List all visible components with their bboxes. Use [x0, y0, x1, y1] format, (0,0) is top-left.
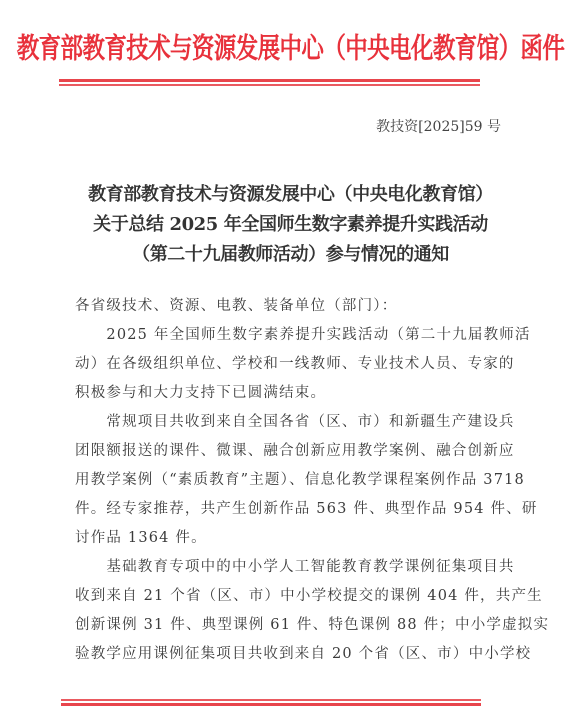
- letterhead: 教育部教育技术与资源发展中心（中央电化教育馆）函件: [0, 26, 581, 58]
- title-line-3: （第二十九届教师活动）参与情况的通知: [0, 240, 581, 270]
- body-line: 用教学案例（“素质教育”主题）、信息化教学课程案例作品 3718: [75, 466, 535, 495]
- divider-thick-line: [61, 703, 481, 706]
- body-line: 创新课例 31 件、典型课例 61 件、特色课例 88 件；中小学虚拟实: [75, 611, 535, 640]
- body-line: 常规项目共收到来自全国各省（区、市）和新疆生产建设兵: [75, 408, 535, 437]
- body-line: 基础教育专项中的中小学人工智能教育教学课例征集项目共: [75, 553, 535, 582]
- body-line: 验教学应用课例征集项目共收到来自 20 个省（区、市）中小学校: [75, 640, 535, 669]
- letterhead-title: 教育部教育技术与资源发展中心（中央电化教育馆）函件: [17, 26, 565, 66]
- title-line-2: 关于总结 2025 年全国师生数字素养提升实践活动: [0, 210, 581, 240]
- body-line: 讨作品 1364 件。: [75, 524, 535, 553]
- divider-thin-line: [61, 699, 481, 701]
- document-number: 教技资[2025]59 号: [376, 116, 501, 136]
- footer-divider: [61, 699, 481, 706]
- divider-thick-line: [59, 79, 480, 82]
- salutation: 各省级技术、资源、电教、装备单位（部门）：: [75, 292, 535, 321]
- body-line: 件。经专家推荐，共产生创新作品 563 件、典型作品 954 件、研: [75, 495, 535, 524]
- title-line-1: 教育部教育技术与资源发展中心（中央电化教育馆）: [0, 180, 581, 210]
- body-line: 2025 年全国师生数字素养提升实践活动（第二十九届教师活: [75, 321, 535, 350]
- letterhead-divider: [59, 79, 480, 86]
- document-title: 教育部教育技术与资源发展中心（中央电化教育馆） 关于总结 2025 年全国师生数…: [0, 180, 581, 270]
- body-line: 积极参与和大力支持下已圆满结束。: [75, 379, 535, 408]
- document-body: 各省级技术、资源、电教、装备单位（部门）： 2025 年全国师生数字素养提升实践…: [75, 292, 535, 669]
- body-line: 团限额报送的课件、微课、融合创新应用教学案例、融合创新应: [75, 437, 535, 466]
- divider-thin-line: [59, 84, 480, 86]
- body-line: 动）在各级组织单位、学校和一线教师、专业技术人员、专家的: [75, 350, 535, 379]
- body-line: 收到来自 21 个省（区、市）中小学校提交的课例 404 件，共产生: [75, 582, 535, 611]
